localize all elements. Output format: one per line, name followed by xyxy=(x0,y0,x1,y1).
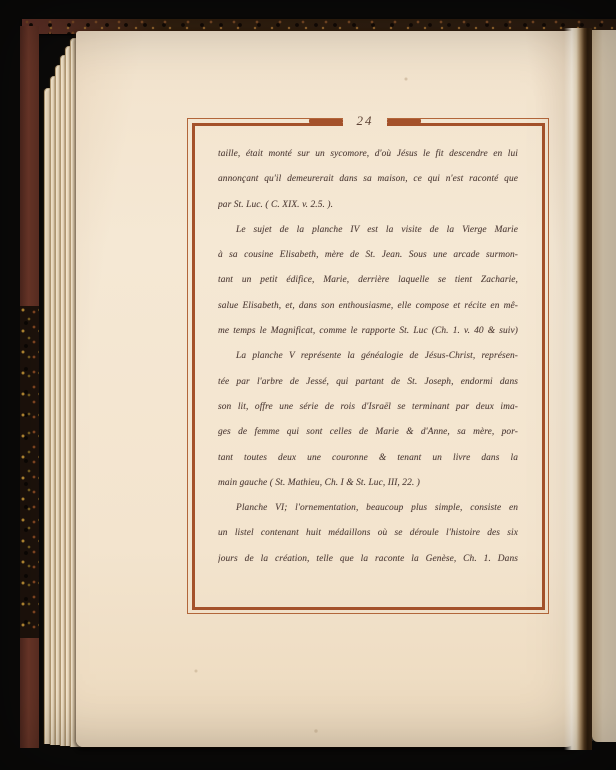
header-rule-left xyxy=(309,119,343,124)
text-line: main gauche ( St. Mathieu, Ch. I & St. L… xyxy=(218,471,518,496)
text-line: Planche VI; l'ornementation, beaucoup pl… xyxy=(218,496,518,521)
leather-corner-bottom xyxy=(20,638,39,748)
text-line: tée par l'arbre de Jessé, qui partant de… xyxy=(218,370,518,395)
calligraphy-text-block: taille, était monté sur un sycomore, d'o… xyxy=(218,142,518,572)
text-line: ges de femme qui sont celles de Marie & … xyxy=(218,420,518,445)
text-line: La planche V représente la généalogie de… xyxy=(218,344,518,369)
facing-page-edge xyxy=(592,30,616,742)
text-line: tant toutes deux une couronne & tenant u… xyxy=(218,446,518,471)
page-number: 24 xyxy=(357,113,374,129)
text-line: un listel contenant huit médaillons où s… xyxy=(218,521,518,546)
marbled-board-edge xyxy=(20,306,39,638)
leather-corner-top xyxy=(20,26,39,306)
text-line: par St. Luc. ( C. XIX. v. 2.5. ). xyxy=(218,193,518,218)
page-number-area: 24 xyxy=(343,111,387,130)
text-line: à sa cousine Elisabeth, mère de St. Jean… xyxy=(218,243,518,268)
text-line: annonçant qu'il demeurerait dans sa mais… xyxy=(218,167,518,192)
book-page: 24 taille, était monté sur un sycomore, … xyxy=(76,31,578,747)
text-line: me temps le Magnificat, comme le rapport… xyxy=(218,319,518,344)
text-line: jours de la création, telle que la racon… xyxy=(218,547,518,572)
book-gutter-shadow xyxy=(564,28,592,750)
text-line: son lit, offre une série de rois d'Israë… xyxy=(218,395,518,420)
text-line: Le sujet de la planche IV est la visite … xyxy=(218,218,518,243)
text-line: tant un petit édifice, Marie, derrière l… xyxy=(218,268,518,293)
text-line: salue Elisabeth, et, dans son enthousias… xyxy=(218,294,518,319)
photo-of-open-book: 24 taille, était monté sur un sycomore, … xyxy=(0,0,616,770)
book-cover-fore-edge xyxy=(20,26,39,748)
header-rule-right xyxy=(387,119,421,124)
text-line: taille, était monté sur un sycomore, d'o… xyxy=(218,142,518,167)
